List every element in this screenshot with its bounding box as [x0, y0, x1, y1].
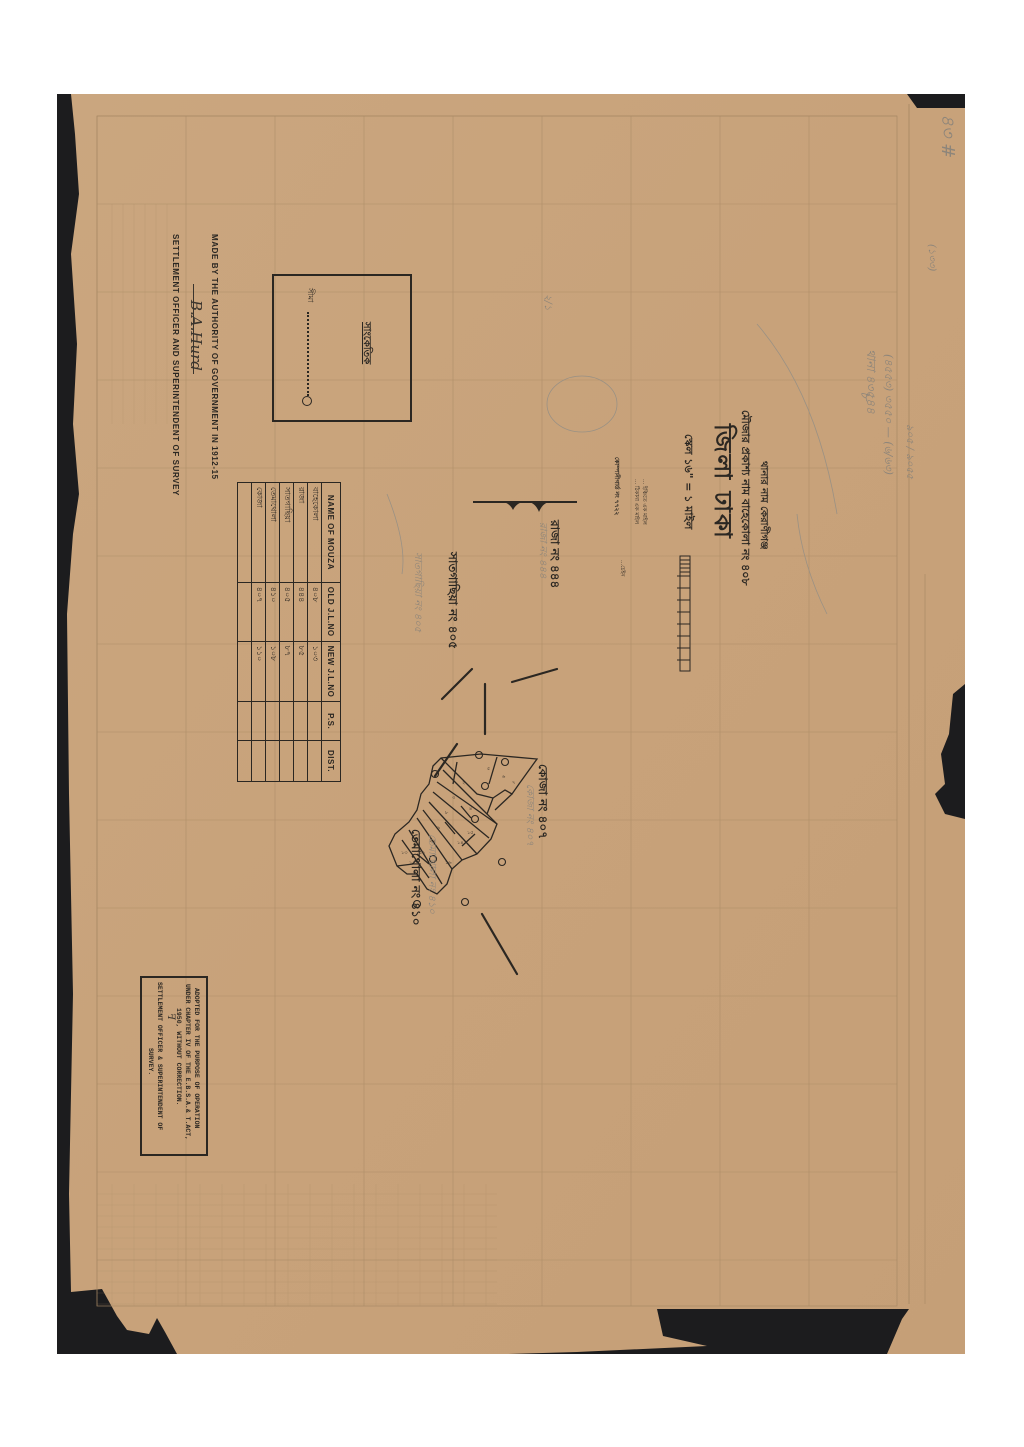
scale-bar-label-top: ... ইঞ্চিতে এক মাইল — [639, 479, 647, 525]
scale-bar-end-label: ...চেইন — [617, 560, 625, 577]
table-header-row: NAME OF MOUZA OLD J.L.NO NEW J.L.NO P.S.… — [322, 483, 341, 782]
authority-line-2: SETTLEMENT OFFICER AND SUPERINTENDENT OF… — [171, 234, 180, 496]
table-row: বাহেকোলা ৪০৮ ১০৩ — [308, 483, 322, 782]
table-cell: রাজা — [294, 483, 308, 583]
table-cell: ১১০ — [252, 641, 266, 702]
signature: B.A.Hurd — [187, 300, 205, 371]
table-cell: ৮৭ — [280, 641, 294, 702]
table-row-empty — [238, 483, 252, 782]
table-cell: ৪৪৪ — [294, 582, 308, 641]
scanned-sheet-background: ৫৬৭ ২৩৪ ৮৯১০ ১১১২১৩ ১৪১৫১৬ — [57, 94, 965, 1354]
adjacent-mouza-label: তেমাথোলা নং ৪১০ — [404, 829, 424, 926]
svg-text:৯: ৯ — [437, 825, 440, 831]
table-cell: সাতগাছিয়া — [280, 483, 294, 583]
table-cell — [308, 702, 322, 741]
pencil-doodle: ২/১ — [538, 294, 555, 310]
signature-underline — [193, 284, 194, 374]
stamp-line-3: 1950, WITHOUT CORRECTION. — [175, 1008, 182, 1106]
pencil-mark: ৮ — [853, 391, 877, 400]
mouza-table: NAME OF MOUZA OLD J.L.NO NEW J.L.NO P.S.… — [237, 482, 341, 782]
pencil-note: থানা ৪৩৫৪৪ — [859, 349, 879, 414]
adoption-stamp: ADOPTED FOR THE PURPOSE OF OPERATION UND… — [140, 976, 208, 1156]
table-header: OLD J.L.NO — [322, 582, 341, 641]
svg-text:৫: ৫ — [487, 766, 490, 772]
stamp-initials: ꟻ — [165, 1013, 176, 1020]
map-paper: ৫৬৭ ২৩৪ ৮৯১০ ১১১২১৩ ১৪১৫১৬ — [57, 94, 965, 1354]
table-cell — [266, 702, 280, 741]
table-row: রাজা ৪৪৪ ৮৫ — [294, 483, 308, 782]
table-cell: ১০৮ — [266, 641, 280, 702]
legend-item-label: সীমা — [303, 288, 316, 302]
pencil-note: ৯০৫ / ৯০৫৫ — [900, 424, 917, 479]
table-cell: ৪০৫ — [280, 582, 294, 641]
table-cell — [280, 702, 294, 741]
svg-text:২: ২ — [462, 780, 465, 786]
svg-text:১৪: ১৪ — [457, 840, 464, 846]
stamp-line-4: SETTLEMENT OFFICER & SUPERINTENDENT OF — [156, 982, 163, 1130]
table-header: NAME OF MOUZA — [322, 483, 341, 583]
table-cell — [252, 741, 266, 782]
legend-dotted-line — [307, 312, 309, 396]
police-station-heading: থানার নাম কেরাণীগঞ্জ — [754, 461, 771, 550]
table-cell: তেমাথোলা — [266, 483, 280, 583]
adjacent-mouza-label: সাতগাছিয়া নং ৪০৫ — [441, 552, 461, 649]
table-row: তেমাথোলা ৪১০ ১০৮ — [266, 483, 280, 782]
mouza-table-wrapper: NAME OF MOUZA OLD J.L.NO NEW J.L.NO P.S.… — [237, 482, 341, 782]
authority-line-1: MADE BY THE AUTHORITY OF GOVERNMENT IN 1… — [210, 234, 219, 480]
table-cell — [280, 741, 294, 782]
scale-text: স্কেল ১৬" = ১ মাইল — [678, 434, 697, 530]
table-cell — [294, 741, 308, 782]
sheet-serial: কোম্পানীগার্ড নং ৭৭২২ — [611, 457, 622, 515]
table-cell: ৪১০ — [266, 582, 280, 641]
svg-text:৭: ৭ — [512, 780, 515, 786]
table-header: NEW J.L.NO — [322, 641, 341, 702]
boundary-circle-icon — [302, 396, 312, 406]
svg-text:৪: ৪ — [469, 806, 472, 812]
legend-title: সাংকেতিক — [357, 322, 374, 364]
adjacent-mouza-pencil-note: কোজা নং ৪০৭ — [520, 784, 537, 846]
svg-text:১৬: ১৬ — [445, 860, 452, 866]
stamp-line-1: ADOPTED FOR THE PURPOSE OF OPERATION — [193, 988, 200, 1128]
table-row: সাতগাছিয়া ৪০৫ ৮৭ — [280, 483, 294, 782]
paper-outline — [67, 94, 965, 1354]
table-cell: ১০৩ — [308, 641, 322, 702]
corner-pencil-note: ৪৩ # — [931, 114, 962, 158]
table-header: P.S. — [322, 702, 341, 741]
table-cell — [266, 741, 280, 782]
table-cell: ৮৫ — [294, 641, 308, 702]
stamp-line-5: SURVEY. — [147, 1048, 154, 1075]
adjacent-mouza-pencil-note: তেমাথোলা নং ৪১০ — [422, 834, 439, 914]
table-cell — [252, 702, 266, 741]
table-cell: বাহেকোলা — [308, 483, 322, 583]
district-title: জিলা ঢাকা — [701, 424, 741, 540]
table-cell — [308, 741, 322, 782]
table-cell: কোজা — [252, 483, 266, 583]
stamp-line-2: UNDER CHAPTER IV OF THE E.B.S.A.& T.ACT, — [184, 984, 191, 1140]
svg-text:১৫: ১৫ — [467, 830, 474, 836]
table-cell: ৪০৭ — [252, 582, 266, 641]
pencil-note: (৪৫৫৩) ৩৫৫০ — (৬/৬৩) — [878, 354, 897, 475]
scale-bar-label-bottom: ... ঠিকানা এক মাইল — [631, 479, 639, 524]
legend-box: সাংকেতিক সীমা — [272, 274, 412, 422]
table-row: কোজা ৪০৭ ১১০ — [252, 483, 266, 782]
adjacent-mouza-pencil-note: রাজা নং ৪৪৪ — [533, 522, 550, 578]
adjacent-mouza-pencil-note: সাতগাছিয়া নং ৪০৫ — [408, 552, 425, 632]
table-cell: ৪০৮ — [308, 582, 322, 641]
pencil-note: (১৩৩) — [922, 244, 939, 271]
table-header: DIST. — [322, 741, 341, 782]
table-cell — [294, 702, 308, 741]
